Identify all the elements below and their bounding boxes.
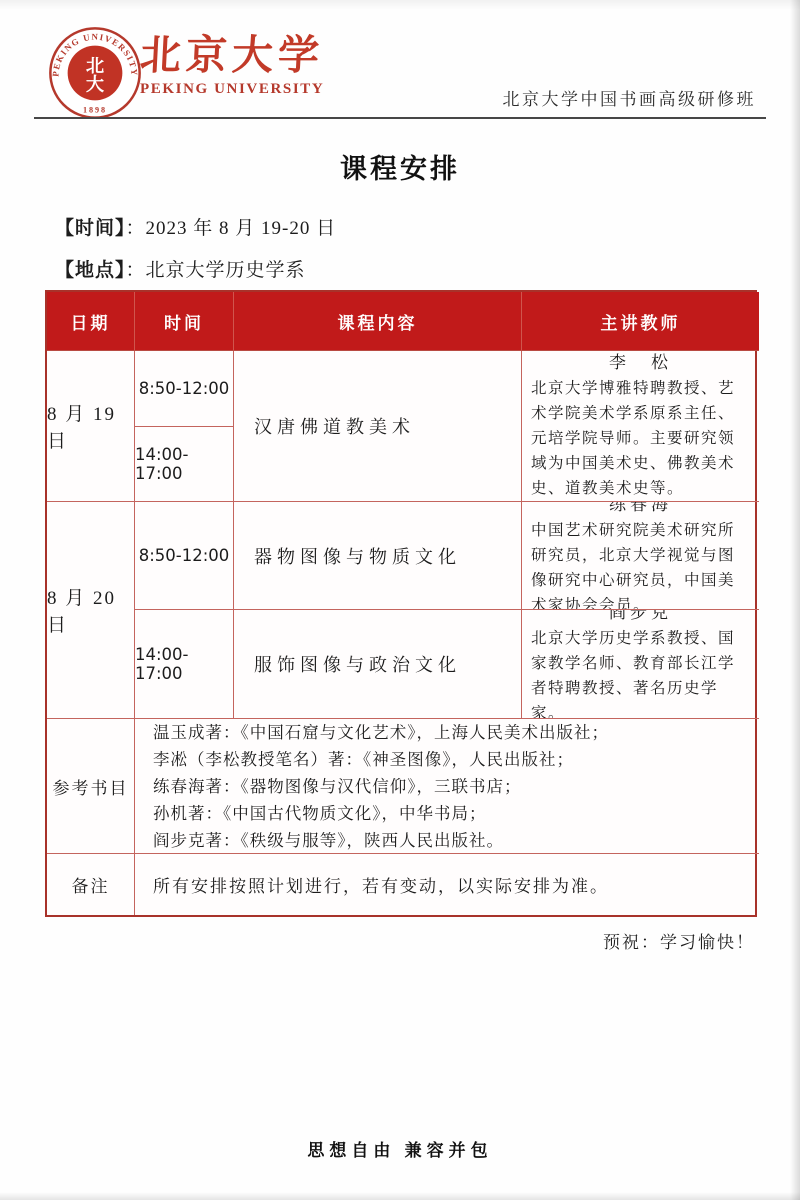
course-cell-aug20-afternoon: 服饰图像与政治文化 [234,610,522,719]
footer-motto: 思想自由 兼容并包 [0,1136,800,1161]
notes-text: 所有安排按照计划进行，若有变动，以实际安排为准。 [135,854,759,915]
teacher-cell-aug19: 李 松 北京大学博雅特聘教授、艺术学院美术学系原系主任、元培学院导师。主要研究领… [522,351,759,502]
brand-block: 北京大学 PEKING UNIVERSITY [140,32,324,98]
course-cell-aug19: 汉唐佛道教美术 [234,351,522,502]
bibliography-item: 孙机著：《中国古代物质文化》，中华书局； [153,800,759,827]
teacher-name: 阎步克 [531,610,750,624]
teacher-cell-aug20-afternoon: 阎步克 北京大学历史学系教授、国家教学名师、教育部长江学者特聘教授、著名历史学家… [522,610,759,719]
meta-place-label: 【地点】 [55,260,126,281]
photo-edge-shadow-bottom [0,1192,800,1200]
document-page: PEKING UNIVERSITY 1898 北 大 北京大学 PEKING U… [0,0,800,1200]
time-cell-aug20-afternoon: 14:00-17:00 [135,610,234,719]
teacher-name: 练春海 [531,502,750,516]
brand-chinese-name: 北京大学 [139,32,326,78]
program-name: 北京大学中国书画高级研修班 [503,85,757,110]
meta-block: 【时间】：2023 年 8 月 19-20 日 【地点】：北京大学历史学系 [55,213,336,297]
header-divider-line [34,117,766,119]
meta-time-label: 【时间】 [55,218,126,239]
column-header-course: 课程内容 [234,292,522,351]
teacher-bio: 北京大学博雅特聘教授、艺术学院美术学系原系主任、元培学院导师。主要研究领域为中国… [531,376,750,501]
seal-emblem-top-glyph: 北 [86,56,104,76]
seal-year: 1898 [83,105,107,114]
time-cell-aug19-afternoon: 14:00-17:00 [135,427,234,502]
bibliography-list: 温玉成著：《中国石窟与文化艺术》，上海人民美术出版社； 李凇（李松教授笔名）著：… [135,719,759,854]
date-cell-aug19: 8 月 19 日 [47,351,135,502]
teacher-bio: 北京大学历史学系教授、国家教学名师、教育部长江学者特聘教授、著名历史学家。 [531,626,750,719]
column-header-teacher: 主讲教师 [522,292,759,351]
course-cell-aug20-morning: 器物图像与物质文化 [234,502,522,610]
meta-time-line: 【时间】：2023 年 8 月 19-20 日 [55,213,336,240]
column-header-date: 日期 [47,292,135,351]
meta-place-line: 【地点】：北京大学历史学系 [55,255,336,282]
teacher-bio: 中国艺术研究院美术研究所研究员，北京大学视觉与图像研究中心研究员，中国美术家协会… [531,518,750,611]
bibliography-item: 李凇（李松教授笔名）著：《神圣图像》，人民出版社； [153,746,759,773]
meta-place-value: ：北京大学历史学系 [126,260,306,281]
column-header-time: 时间 [135,292,234,351]
peking-university-seal-logo: PEKING UNIVERSITY 1898 北 大 [47,25,143,121]
seal-emblem-bottom-glyph: 大 [86,73,105,94]
date-cell-aug20: 8 月 20 日 [47,502,135,719]
schedule-table: 日期 时间 课程内容 主讲教师 8 月 19 日 8:50-12:00 14:0… [45,290,757,917]
bibliography-item: 阎步克著：《秩级与服等》，陕西人民出版社。 [153,827,759,854]
teacher-name: 李 松 [531,352,750,374]
time-cell-aug20-morning: 8:50-12:00 [135,502,234,610]
bibliography-item: 温玉成著：《中国石窟与文化艺术》，上海人民美术出版社； [153,719,759,746]
photo-edge-shadow-top [0,0,800,10]
bibliography-item: 练春海著：《器物图像与汉代信仰》，三联书店； [153,773,759,800]
meta-time-value: ：2023 年 8 月 19-20 日 [126,218,337,239]
time-cell-aug19-morning: 8:50-12:00 [135,351,234,427]
page-title: 课程安排 [0,147,800,186]
bibliography-label: 参考书目 [47,719,135,854]
photo-edge-shadow-right [790,0,800,1200]
teacher-cell-aug20-morning: 练春海 中国艺术研究院美术研究所研究员，北京大学视觉与图像研究中心研究员，中国美… [522,502,759,610]
closing-wish: 预祝：学习愉快！ [603,928,755,953]
brand-english-name: PEKING UNIVERSITY [140,81,324,98]
notes-label: 备注 [47,854,135,915]
